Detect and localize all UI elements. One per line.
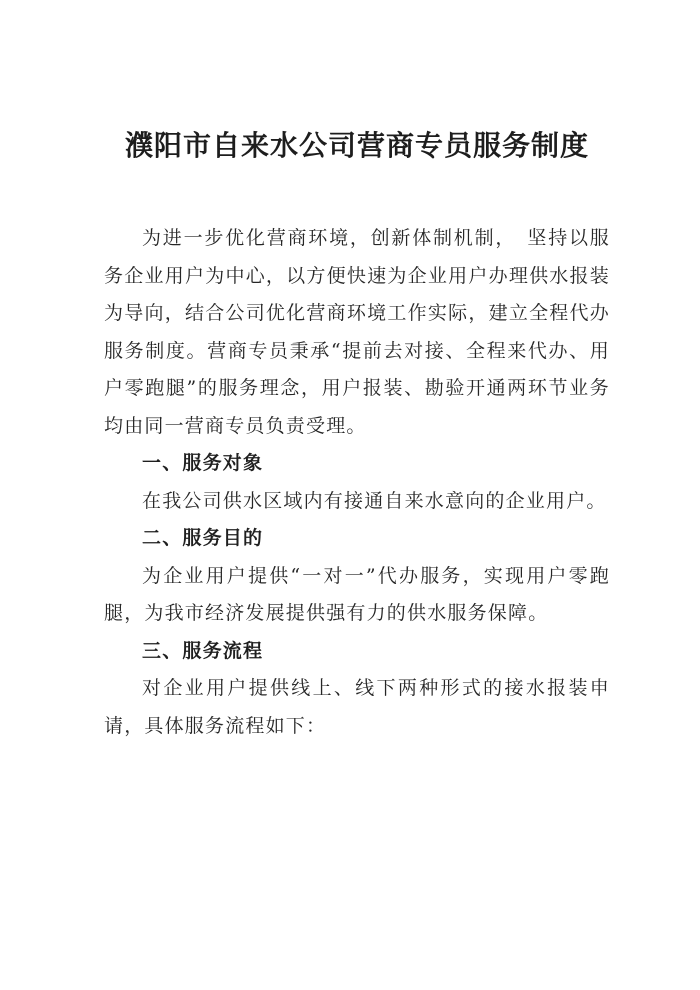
document-body: 为进一步优化营商环境，创新体制机制， 坚持以服务企业用户为中心，以方便快速为企业… [104, 220, 610, 745]
section-body-service-target: 在我公司供水区域内有接通自来水意向的企业用户。 [104, 483, 610, 521]
document-page: 濮阳市自来水公司营商专员服务制度 为进一步优化营商环境，创新体制机制， 坚持以服… [0, 0, 700, 990]
intro-paragraph: 为进一步优化营商环境，创新体制机制， 坚持以服务企业用户为中心，以方便快速为企业… [104, 220, 610, 445]
section-heading-service-process: 三、服务流程 [104, 633, 610, 671]
section-body-service-purpose: 为企业用户提供“一对一”代办服务，实现用户零跑腿，为我市经济发展提供强有力的供水… [104, 558, 610, 633]
document-content: 濮阳市自来水公司营商专员服务制度 为进一步优化营商环境，创新体制机制， 坚持以服… [104, 0, 610, 745]
section-heading-service-target: 一、服务对象 [104, 445, 610, 483]
section-body-service-process: 对企业用户提供线上、线下两种形式的接水报装申请，具体服务流程如下： [104, 670, 610, 745]
document-title: 濮阳市自来水公司营商专员服务制度 [104, 126, 610, 166]
section-heading-service-purpose: 二、服务目的 [104, 520, 610, 558]
